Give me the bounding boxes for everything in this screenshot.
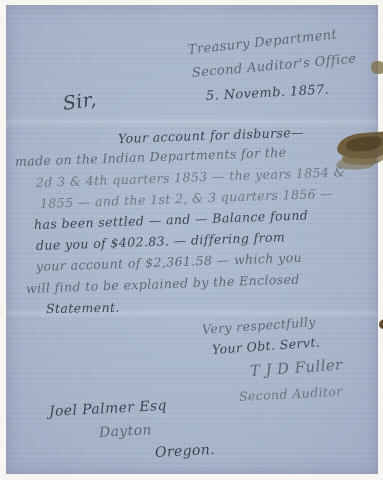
address-city: Dayton [99,422,153,441]
header-date: 5. Novemb. 1857. [206,83,330,104]
header-office: Second Auditor's Office [191,52,357,81]
address-recipient: Joel Palmer Esq [49,398,168,420]
paper-stain-right-mid [379,319,383,329]
body-line: will find to be explained by the Enclose… [26,271,300,296]
letter-scan: Treasury Department Second Auditor's Off… [0,0,383,480]
header-department: Treasury Department [187,27,338,58]
salutation: Sir, [61,88,97,114]
body-line: has been settled — and — Balance found [34,207,309,232]
body-line: made on the Indian Departments for the [15,145,287,169]
fold-crease [6,117,378,127]
signer-title: Second Auditor [239,384,343,404]
body-line: your account of $2,361.58 — which you [36,250,302,274]
signature: T J D Fuller [249,356,343,380]
letter-paper: Treasury Department Second Auditor's Off… [6,5,378,474]
paper-stain-top-right [371,61,383,74]
body-line: Statement. [46,300,120,316]
body-line: Your account for disburse— [118,125,304,146]
closing-servant: Your Obt. Servt. [211,334,320,357]
body-line: due you of $402.83. — differing from [36,229,286,253]
address-state: Oregon. [155,442,216,461]
